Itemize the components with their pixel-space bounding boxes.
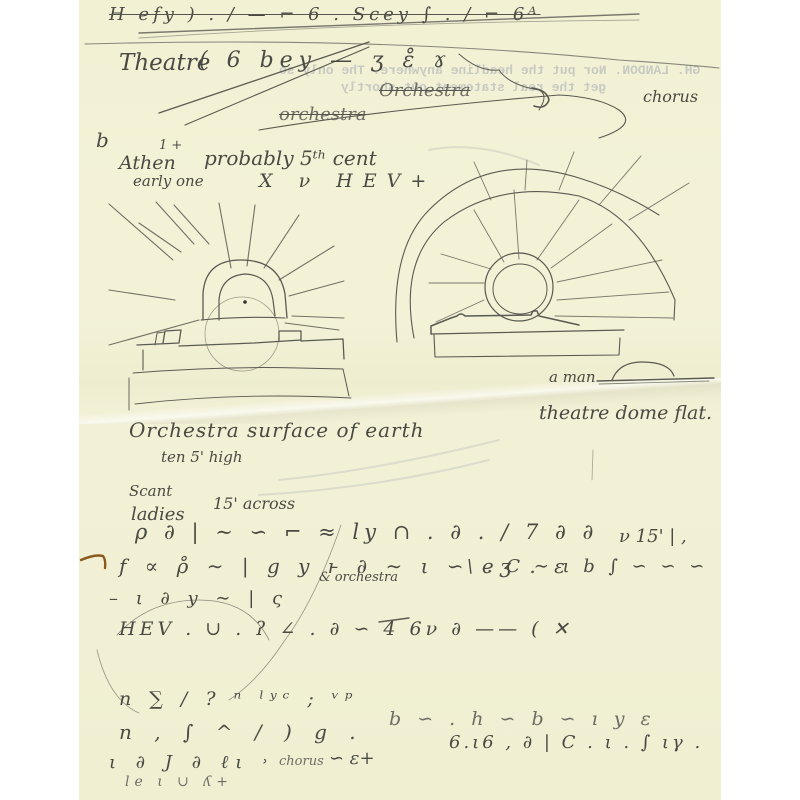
margin-stain — [81, 556, 105, 569]
ten-ft-high-note: ten 5' high — [161, 448, 243, 466]
shorthand-after-probably: X ν HEV+ — [259, 170, 436, 192]
top-struck-line: H efy ) . / — ⌐ 6 . Scey ∫ . / ⌐ 6ᴬ — [109, 4, 540, 25]
shorthand-row-5-tail: b ∽ . h ∽ b ∽ ı y ε — [389, 708, 656, 730]
orchestra-note: & orchestra — [319, 570, 398, 585]
athen-mark: 1 + — [159, 138, 182, 153]
orchestra-surface-caption: Orchestra surface of earth — [129, 418, 424, 442]
theatre-label: Theatre — [119, 50, 210, 76]
chorus-note: chorus — [279, 754, 324, 769]
shorthand-row-1: ρ ∂ | ∼ ∽ ⌐ ≈ ly ∩ . ∂ . / 7 ∂ ∂ — [135, 520, 598, 544]
scant-label: Scant — [129, 482, 172, 500]
shorthand-row-2-tail: \ . C ∼ ι b ∫ ∽ ∽ ∽ — [467, 556, 708, 577]
a-man-label: a man — [549, 368, 596, 386]
pencil-sketches — [79, 0, 721, 800]
fifteen-across-label: 15' across — [213, 494, 295, 513]
shorthand-row-8: le ι ∪ ʎ+ — [125, 774, 233, 790]
shorthand-row-7-tail: ∽ ɛ+ — [329, 748, 375, 769]
shorthand-row-4: HEV . ∪ . ʔ ∠ . ∂ ∽ 4 6ν ∂ —— ( ✕ — [119, 618, 573, 640]
shorthand-row-6: n , ∫ ^ / ) g . — [119, 720, 364, 744]
athen-label: Athen — [119, 152, 176, 174]
chorus-label: chorus — [643, 87, 698, 106]
orchestra-struck-1: Orchestra — [379, 80, 471, 101]
shorthand-row-5: n ∑ / ? ⁿ ˡʸᶜ ; ᵛᵖ — [119, 688, 359, 710]
manuscript-page: GH. LANDON. Nor put the headline anywher… — [79, 0, 721, 800]
early-one-label: early one — [133, 172, 204, 190]
probably-label: probably 5ᵗʰ cent — [204, 146, 377, 170]
orchestra-struck-2: orchestra — [279, 104, 367, 125]
shorthand-row-7: ι ∂ J ∂ ℓι ˒ — [109, 752, 275, 773]
theatre-dome-caption: theatre dome flat. — [539, 402, 712, 424]
shorthand-row-1-tail: ν 15' | , — [619, 526, 687, 547]
shorthand-row-3: – ι ∂ y ∼ | ς — [109, 588, 288, 609]
shorthand-row-6-tail: 6.ι6 , ∂ | C . ι . ∫ ιγ . — [449, 732, 703, 753]
margin-letter-b: b — [96, 128, 109, 152]
theatre-shorthand: ( 6 bey — ʒ ɛ̊ ɤ — [199, 48, 452, 73]
